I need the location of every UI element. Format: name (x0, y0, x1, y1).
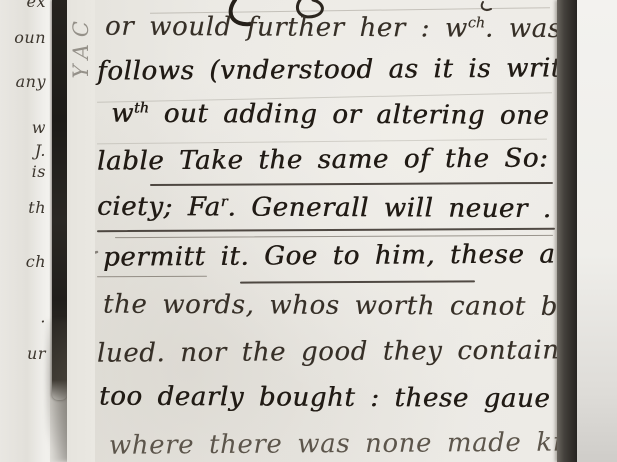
text-segment: too dearly bought : these gaue sight (99, 382, 617, 415)
facing-page-text-fragment: any (0, 72, 46, 91)
superscript-abbreviation: ch (468, 7, 485, 39)
text-segment: follows (vnderstood as it is writt (97, 53, 573, 86)
text-segment: or would further her : w (105, 12, 468, 44)
manuscript-line-5: ciety; Far. Generall will neuer . (97, 191, 552, 229)
marginalia-vertical-mark: YAC (69, 14, 93, 78)
manuscript-line-3: wth out adding or altering one sil= (111, 98, 617, 137)
manuscript-line-1: or would further her : wch. was as (105, 11, 607, 50)
superscript-abbreviation: r (221, 186, 228, 218)
facing-page-text-fragment: ch (0, 252, 46, 271)
text-segment: lable Take the same of the So: (97, 143, 548, 176)
superscript-abbreviation: th (134, 92, 149, 124)
facing-page-text-fragment: th (0, 198, 46, 217)
ink-underline (97, 276, 207, 278)
ink-underline (115, 235, 553, 238)
facing-page-edge: exounanywJ.isthch·ur (0, 0, 50, 462)
facing-page-text-fragment: · (0, 312, 46, 331)
facing-page-text-fragment: ex (0, 0, 46, 11)
ink-underline (240, 280, 475, 283)
manuscript-line-8: lued. nor the good they containe (97, 334, 576, 369)
manuscript-photo: { "photo": { "facing_page": { "fragments… (0, 0, 617, 462)
manuscript-line-7: the words, whos worth canot be va= (103, 289, 617, 324)
facing-page-text-fragment: J. (0, 141, 46, 160)
text-segment: permitt it. Goe to him, these are (103, 239, 584, 272)
manuscript-line-10: where there was none made know (109, 426, 609, 461)
facing-page-text-fragment: oun (0, 28, 46, 47)
manuscript-line-9: too dearly bought : these gaue sight (99, 381, 617, 416)
text-segment: . Generall will neuer . (227, 192, 551, 224)
manuscript-line-6: permitt it. Goe to him, these are (103, 238, 584, 273)
text-segment: lued. nor the good they containe (97, 335, 576, 368)
ink-underline (150, 182, 553, 186)
facing-page-text-fragment: is (0, 162, 46, 181)
manuscript-line-4: lable Take the same of the So: (97, 142, 548, 177)
text-segment: out adding or altering one sil= (149, 99, 617, 131)
outer-margin (577, 0, 617, 462)
facing-page-text-fragment: w (0, 118, 46, 137)
manuscript-page: or would further her : wch. was asfollow… (95, 0, 557, 462)
manuscript-line-2: follows (vnderstood as it is writt (97, 52, 573, 87)
text-segment: w (111, 99, 134, 129)
text-segment: ciety; Fa (97, 192, 221, 223)
facing-page-text-fragment: ur (0, 344, 46, 363)
photo-frame: exounanywJ.isthch·ur YAC or would furthe… (0, 0, 617, 462)
ink-underline (97, 228, 555, 232)
text-segment: where there was none made know (109, 427, 609, 460)
text-segment: the words, whos worth canot be va= (103, 290, 617, 323)
inner-margin: YAC (67, 0, 95, 462)
page-edge-border (557, 0, 577, 462)
